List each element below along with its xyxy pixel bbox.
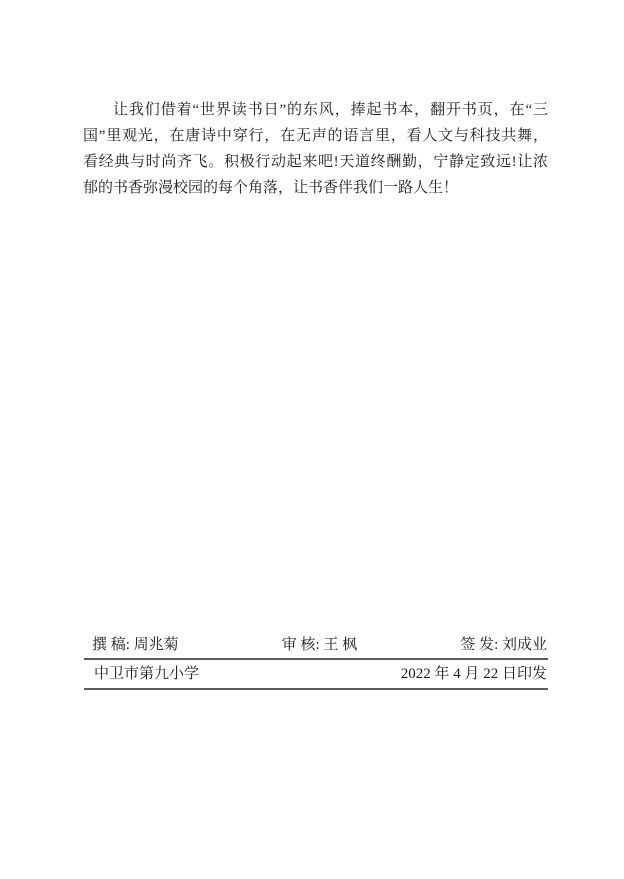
footer-issue-row: 中卫市第九小学 2022 年 4 月 22 日印发 — [84, 666, 548, 682]
document-page: 让我们借着“世界读书日”的东风，捧起书本，翻开书页，在“三 国”里观光，在唐诗中… — [0, 0, 624, 879]
footer-signers-row: 撰 稿: 周兆菊 审 核: 王 枫 签 发: 刘成业 — [84, 637, 548, 653]
body-paragraph-line: 郁的书香弥漫校园的每个角落，让书香伴我们一路人生！ — [83, 175, 548, 201]
body-paragraph-line: 国”里观光，在唐诗中穿行，在无声的语言里，看人文与科技共舞， — [83, 123, 548, 149]
issue-date: 2022 年 4 月 22 日印发 — [401, 666, 547, 682]
body-paragraph: 让我们借着“世界读书日”的东风，捧起书本，翻开书页，在“三 国”里观光，在唐诗中… — [83, 97, 548, 201]
issuer-name: 签 发: 刘成业 — [460, 637, 547, 653]
reviewer-name: 审 核: 王 枫 — [282, 637, 357, 653]
drafter-name: 撰 稿: 周兆菊 — [92, 637, 179, 653]
footer-divider-bottom — [84, 688, 548, 690]
body-paragraph-line: 看经典与时尚齐飞。积极行动起来吧!天道终酬勤，宁静定致远!让浓 — [83, 149, 548, 175]
organization-name: 中卫市第九小学 — [94, 666, 199, 682]
body-paragraph-line: 让我们借着“世界读书日”的东风，捧起书本，翻开书页，在“三 — [83, 97, 548, 123]
footer-divider-top — [84, 658, 548, 660]
